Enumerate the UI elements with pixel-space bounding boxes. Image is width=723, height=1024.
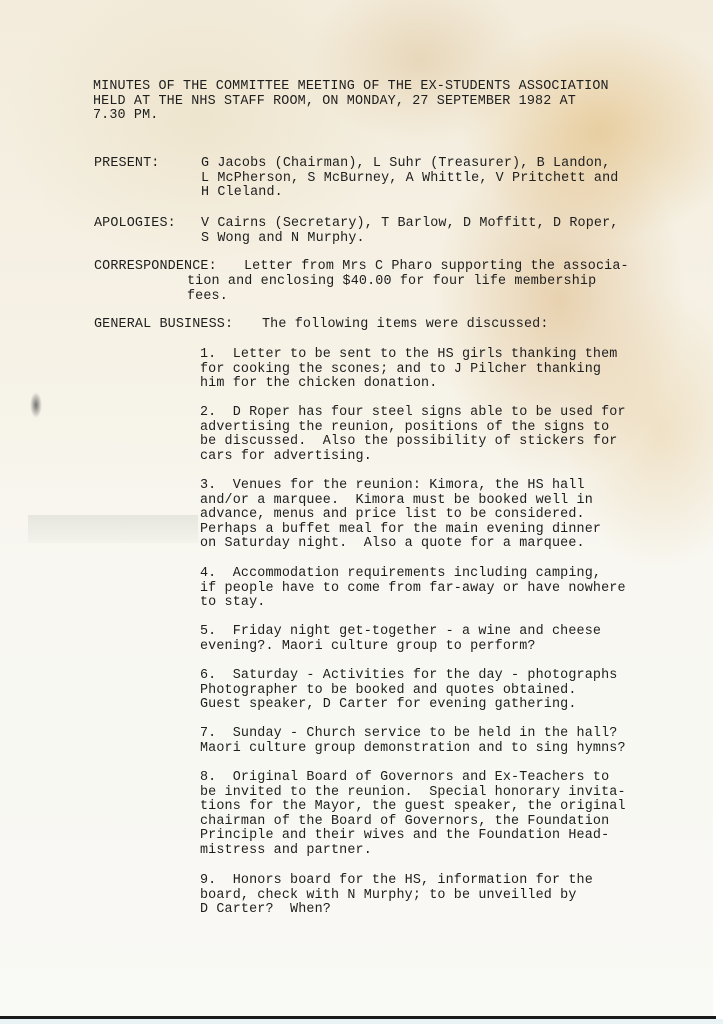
scanner-background [0,1019,723,1024]
title-line: MINUTES OF THE COMMITTEE MEETING OF THE … [93,80,609,95]
present-line: H Cleland. [201,186,618,201]
agenda-item-4: 4. Accommodation requirements including … [200,567,626,611]
item-line: advertising the reunion, positions of th… [200,421,626,436]
item-line: 9. Honors board for the HS, information … [200,874,593,889]
item-line: chairman of the Board of Governors, the … [200,815,626,830]
title-line: HELD AT THE NHS STAFF ROOM, ON MONDAY, 2… [93,95,609,110]
item-line: and/or a marquee. Kimora must be booked … [200,494,601,509]
item-line: 1. Letter to be sent to the HS girls tha… [200,348,617,363]
item-line: 4. Accommodation requirements including … [200,567,626,582]
correspondence-label: CORRESPONDENCE: [94,260,217,275]
agenda-item-1: 1. Letter to be sent to the HS girls tha… [200,348,617,392]
item-line: Maori culture group demonstration and to… [200,742,626,757]
item-line: on Saturday night. Also a quote for a ma… [200,537,601,552]
item-line: board, check with N Murphy; to be unveil… [200,889,593,904]
item-line: to stay. [200,596,626,611]
item-line: 5. Friday night get-together - a wine an… [200,625,601,640]
item-line: evening?. Maori culture group to perform… [200,640,601,655]
title-line: 7.30 PM. [93,109,609,124]
general-business-intro: The following items were discussed: [262,318,549,333]
item-line: D Carter? When? [200,903,593,918]
item-line: advance, menus and price list to be cons… [200,508,601,523]
item-line: be invited to the reunion. Special honor… [200,786,626,801]
present-line: L McPherson, S McBurney, A Whittle, V Pr… [201,172,618,187]
agenda-item-5: 5. Friday night get-together - a wine an… [200,625,601,654]
apologies-line: S Wong and N Murphy. [201,232,618,247]
item-line: Principle and their wives and the Founda… [200,829,626,844]
scan-shadow [28,515,198,543]
correspondence-line: fees. [187,290,596,305]
item-line: for cooking the scones; and to J Pilcher… [200,363,617,378]
item-line: 6. Saturday - Activities for the day - p… [200,669,617,684]
item-line: 3. Venues for the reunion: Kimora, the H… [200,479,601,494]
present-list: G Jacobs (Chairman), L Suhr (Treasurer),… [201,157,618,201]
item-line: 8. Original Board of Governors and Ex-Te… [200,771,626,786]
item-line: tions for the Mayor, the guest speaker, … [200,800,626,815]
ink-smudge [30,392,42,418]
apologies-line: V Cairns (Secretary), T Barlow, D Moffit… [201,217,618,232]
item-line: him for the chicken donation. [200,377,617,392]
item-line: cars for advertising. [200,450,626,465]
agenda-item-7: 7. Sunday - Church service to be held in… [200,727,626,756]
item-line: if people have to come from far-away or … [200,582,626,597]
agenda-item-2: 2. D Roper has four steel signs able to … [200,406,626,464]
correspondence-continuation: tion and enclosing $40.00 for four life … [187,275,596,304]
apologies-list: V Cairns (Secretary), T Barlow, D Moffit… [201,217,618,246]
general-business-label: GENERAL BUSINESS: [94,318,233,333]
correspondence-line: Letter from Mrs C Pharo supporting the a… [244,259,629,274]
agenda-item-3: 3. Venues for the reunion: Kimora, the H… [200,479,601,552]
present-label: PRESENT: [94,157,160,172]
item-line: Photographer to be booked and quotes obt… [200,684,617,699]
item-line: be discussed. Also the possibility of st… [200,435,626,450]
agenda-item-6: 6. Saturday - Activities for the day - p… [200,669,617,713]
document-title: MINUTES OF THE COMMITTEE MEETING OF THE … [93,80,609,124]
item-line: mistress and partner. [200,844,626,859]
item-line: Guest speaker, D Carter for evening gath… [200,698,617,713]
present-line: G Jacobs (Chairman), L Suhr (Treasurer),… [201,157,618,172]
agenda-item-9: 9. Honors board for the HS, information … [200,874,593,918]
apologies-label: APOLOGIES: [94,217,176,232]
item-line: 7. Sunday - Church service to be held in… [200,727,626,742]
item-line: 2. D Roper has four steel signs able to … [200,406,626,421]
correspondence-line: tion and enclosing $40.00 for four life … [187,275,596,290]
item-line: Perhaps a buffet meal for the main eveni… [200,523,601,538]
correspondence-first-line: Letter from Mrs C Pharo supporting the a… [244,260,629,275]
agenda-item-8: 8. Original Board of Governors and Ex-Te… [200,771,626,859]
